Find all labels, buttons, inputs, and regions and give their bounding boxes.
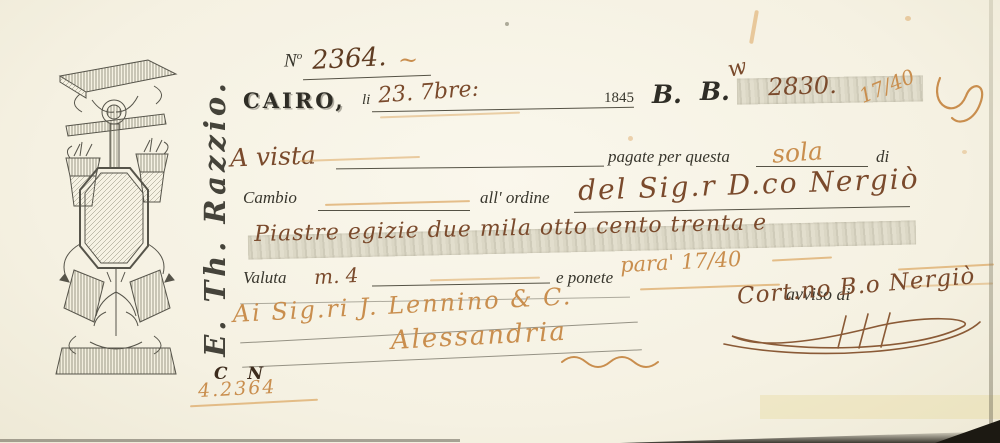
amount-figures: 2830. — [768, 71, 838, 101]
serial-label: No — [284, 50, 302, 72]
signature-handwritten: Cort.no B.o Nergiò — [736, 263, 976, 310]
drawee-line-2: Alessandria — [390, 317, 568, 356]
valuta-printed: Valuta — [243, 268, 286, 288]
drawee-flourish — [560, 352, 670, 372]
bottom-left-edge-line — [0, 439, 460, 442]
serial-underline — [303, 75, 431, 80]
amount-paraph-flourish — [922, 68, 994, 132]
payee-blank-line-1 — [336, 166, 604, 170]
serial-sup: o — [297, 50, 303, 62]
all-ordine-printed: all' ordine — [480, 188, 550, 208]
valuta-ghost-line — [430, 277, 540, 282]
currency-mark-1: B. — [652, 80, 682, 109]
paper-edge-tint — [760, 395, 1000, 419]
date-handwritten: 23. 7bre: — [377, 77, 480, 109]
amount-words-continued: para' 17/40 — [619, 247, 742, 277]
valuta-handwritten: m. 4 — [313, 263, 359, 289]
paper-speck — [905, 16, 911, 21]
paper-speck — [628, 136, 633, 141]
sight-term-handwritten: A vista — [230, 141, 317, 173]
paper-speck — [962, 150, 967, 154]
cambio-printed: Cambio — [243, 188, 297, 208]
cambio-blank-line — [318, 210, 470, 211]
cn-number-handwritten: 4.2364 — [197, 376, 277, 402]
year-printed: 1845 — [604, 90, 634, 107]
payee-handwritten: del Sig.r D.co Nergiò — [578, 162, 921, 207]
date-li-label: li — [362, 92, 370, 109]
paper-speck — [505, 22, 509, 26]
sola-handwritten: sola — [771, 136, 824, 168]
pay-phrase-printed: pagate per questa — [608, 147, 730, 167]
cambio-ghost-line — [325, 200, 470, 206]
currency-mark-2: B. — [700, 77, 730, 106]
stray-ink-stroke — [749, 10, 759, 44]
para-dash — [772, 256, 832, 261]
sight-ghost-line — [300, 156, 420, 162]
ornamental-vignette — [50, 56, 184, 380]
serial-flourish: ~ — [398, 46, 418, 74]
bill-of-exchange-document: E. Th. Razzio. No 2364. ~ CAIRO, li 23. … — [0, 0, 1000, 443]
date-ghost-line — [380, 112, 520, 119]
right-edge-crease — [989, 0, 993, 443]
signature-flourish — [718, 308, 986, 360]
place-name: CAIRO, — [243, 88, 346, 113]
serial-number-handwritten: 2364. — [311, 42, 387, 76]
